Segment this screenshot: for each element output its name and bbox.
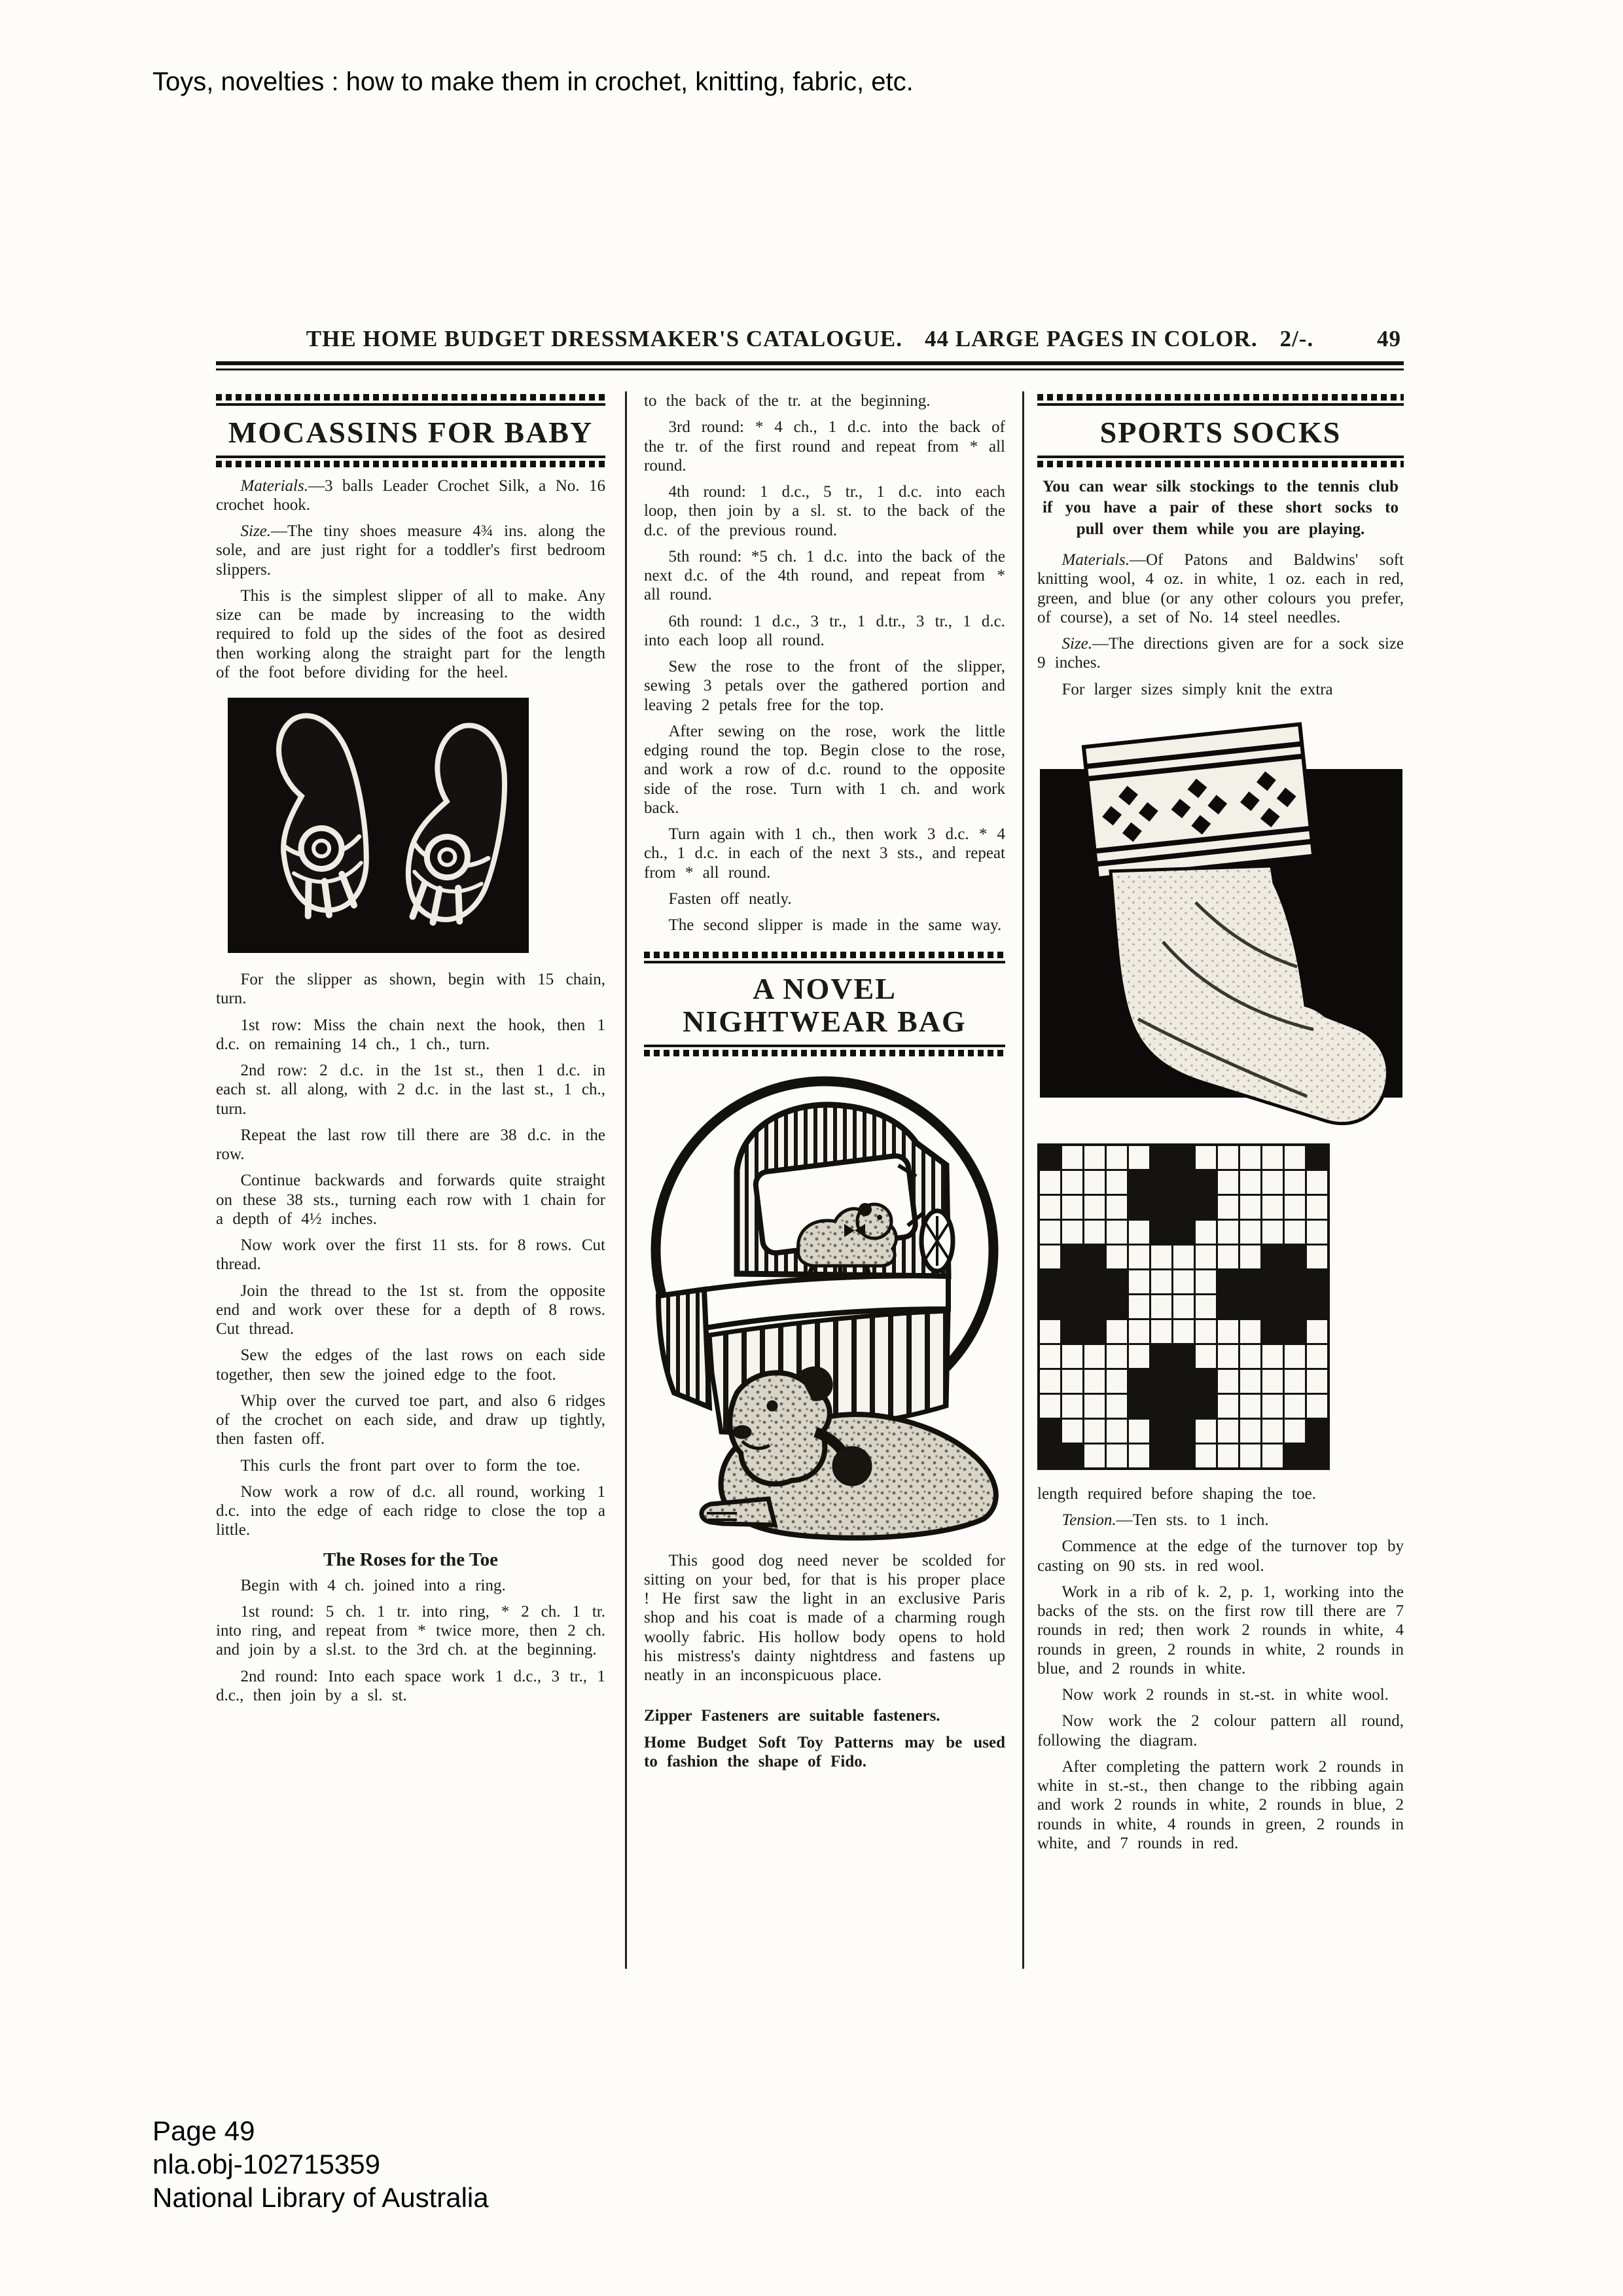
diagram-cell — [1084, 1444, 1105, 1467]
diagram-cell — [1151, 1395, 1171, 1418]
paragraph: Turn again with 1 ch., then work 3 d.c. … — [644, 825, 1005, 882]
diagram-cell — [1307, 1444, 1327, 1467]
diagram-cell — [1196, 1345, 1216, 1368]
diagram-cell — [1129, 1295, 1149, 1318]
diagram-cell — [1285, 1270, 1305, 1293]
paragraph: Commence at the edge of the turnover top… — [1037, 1537, 1404, 1575]
diagram-cell — [1218, 1420, 1238, 1443]
diagram-cell — [1062, 1270, 1082, 1293]
diagram-cell — [1262, 1146, 1283, 1169]
footer-page-number: Page 49 — [152, 2114, 489, 2147]
diagram-cell — [1151, 1370, 1171, 1393]
diagram-cell — [1151, 1444, 1171, 1467]
diagram-cell — [1084, 1221, 1105, 1244]
diagram-cell — [1173, 1395, 1194, 1418]
sports-socks-paragraphs: Materials.—Of Patons and Baldwins' soft … — [1037, 550, 1404, 699]
rule-ornament — [1037, 394, 1404, 406]
paragraph: 2nd row: 2 d.c. in the 1st st., then 1 d… — [216, 1061, 605, 1119]
diagram-cell — [1107, 1420, 1127, 1443]
diagram-cell — [1240, 1395, 1260, 1418]
diagram-cell — [1307, 1345, 1327, 1368]
diagram-cell — [1218, 1320, 1238, 1343]
masthead-rule — [216, 361, 1404, 370]
diagram-cell — [1129, 1171, 1149, 1194]
diagram-cell — [1262, 1246, 1283, 1268]
diagram-cell — [1218, 1395, 1238, 1418]
diagram-cell — [1307, 1370, 1327, 1393]
diagram-cell — [1107, 1320, 1127, 1343]
paragraph: Continue backwards and forwards quite st… — [216, 1171, 605, 1229]
diagram-cell — [1173, 1420, 1194, 1443]
diagram-cell — [1218, 1444, 1238, 1467]
diagram-cell — [1040, 1171, 1060, 1194]
diagram-cell — [1285, 1395, 1305, 1418]
column-right: SPORTS SOCKS You can wear silk stockings… — [1024, 391, 1404, 1969]
diagram-cell — [1240, 1295, 1260, 1318]
diagram-cell — [1151, 1295, 1171, 1318]
mocassins-continued-paragraphs: to the back of the tr. at the beginning.… — [644, 391, 1005, 935]
diagram-cell — [1173, 1221, 1194, 1244]
paragraph: Repeat the last row till there are 38 d.… — [216, 1126, 605, 1164]
diagram-cell — [1084, 1196, 1105, 1219]
diagram-cell — [1285, 1345, 1305, 1368]
diagram-cell — [1062, 1395, 1082, 1418]
diagram-cell — [1307, 1171, 1327, 1194]
diagram-cell — [1218, 1221, 1238, 1244]
paragraph: This good dog need never be scolded for … — [644, 1551, 1005, 1685]
diagram-cell — [1062, 1320, 1082, 1343]
diagram-cell — [1196, 1395, 1216, 1418]
footer-object-id: nla.obj-102715359 — [152, 2147, 489, 2181]
diagram-cell — [1307, 1395, 1327, 1418]
diagram-cell — [1240, 1246, 1260, 1268]
diagram-cell — [1196, 1320, 1216, 1343]
diagram-cell — [1262, 1420, 1283, 1443]
page-number: 49 — [1377, 326, 1401, 352]
masthead-pages-note: 44 LARGE PAGES IN COLOR. — [925, 326, 1258, 351]
column-left: MOCASSINS FOR BABY Materials.—3 balls Le… — [216, 391, 625, 1969]
diagram-cell — [1151, 1246, 1171, 1268]
diagram-cell — [1262, 1345, 1283, 1368]
diagram-cell — [1107, 1370, 1127, 1393]
diagram-cell — [1040, 1320, 1060, 1343]
diagram-cell — [1107, 1171, 1127, 1194]
diagram-cell — [1285, 1246, 1305, 1268]
paragraph: 3rd round: * 4 ch., 1 d.c. into the back… — [644, 418, 1005, 475]
diagram-cell — [1107, 1221, 1127, 1244]
diagram-cell — [1084, 1171, 1105, 1194]
diagram-cell — [1196, 1146, 1216, 1169]
diagram-cell — [1196, 1370, 1216, 1393]
rule-ornament — [216, 394, 605, 406]
diagram-cell — [1285, 1171, 1305, 1194]
diagram-cell — [1062, 1444, 1082, 1467]
diagram-cell — [1062, 1196, 1082, 1219]
diagram-cell — [1129, 1196, 1149, 1219]
diagram-cell — [1218, 1146, 1238, 1169]
paragraph: to the back of the tr. at the beginning. — [644, 391, 1005, 410]
diagram-cell — [1262, 1171, 1283, 1194]
diagram-cell — [1262, 1295, 1283, 1318]
paragraph: Now work 2 rounds in st.-st. in white wo… — [1037, 1685, 1404, 1704]
rule-ornament — [1037, 456, 1404, 467]
diagram-cell — [1129, 1395, 1149, 1418]
diagram-cell — [1062, 1171, 1082, 1194]
paragraph: Join the thread to the 1st st. from the … — [216, 1282, 605, 1339]
paragraph: Tension.—Ten sts. to 1 inch. — [1037, 1511, 1404, 1530]
diagram-cell — [1307, 1270, 1327, 1293]
diagram-cell — [1107, 1196, 1127, 1219]
diagram-cell — [1107, 1295, 1127, 1318]
diagram-cell — [1307, 1420, 1327, 1443]
mocassins-paragraphs: Begin with 4 ch. joined into a ring.1st … — [216, 1576, 605, 1706]
diagram-cell — [1084, 1246, 1105, 1268]
diagram-cell — [1285, 1320, 1305, 1343]
diagram-cell — [1151, 1146, 1171, 1169]
diagram-cell — [1151, 1320, 1171, 1343]
diagram-cell — [1062, 1345, 1082, 1368]
diagram-cell — [1307, 1221, 1327, 1244]
subhead-roses-for-the-toe: The Roses for the Toe — [216, 1549, 605, 1571]
diagram-cell — [1196, 1171, 1216, 1194]
paragraph: Size.—The directions given are for a soc… — [1037, 634, 1404, 673]
diagram-cell — [1218, 1345, 1238, 1368]
diagram-cell — [1040, 1246, 1060, 1268]
diagram-cell — [1240, 1345, 1260, 1368]
diagram-cell — [1040, 1270, 1060, 1293]
diagram-cell — [1040, 1370, 1060, 1393]
diagram-cell — [1218, 1196, 1238, 1219]
paragraph: 6th round: 1 d.c., 3 tr., 1 d.tr., 3 tr.… — [644, 612, 1005, 651]
diagram-cell — [1218, 1370, 1238, 1393]
diagram-cell — [1062, 1295, 1082, 1318]
diagram-cell — [1285, 1196, 1305, 1219]
article-mocassins-title: MOCASSINS FOR BABY — [216, 416, 605, 449]
diagram-cell — [1129, 1345, 1149, 1368]
diagram-cell — [1262, 1270, 1283, 1293]
knitting-pattern-diagram — [1037, 1143, 1330, 1470]
diagram-cell — [1040, 1146, 1060, 1169]
sports-socks-intro: You can wear silk stockings to the tenni… — [1043, 476, 1399, 541]
diagram-cell — [1084, 1146, 1105, 1169]
dog-illustration-image — [644, 1066, 1024, 1550]
diagram-cell — [1196, 1420, 1216, 1443]
nightwear-bag-dog-illustration — [644, 1066, 1024, 1550]
diagram-cell — [1151, 1171, 1171, 1194]
diagram-cell — [1151, 1345, 1171, 1368]
article-nightwear-bag-title: A NOVEL NIGHTWEAR BAG — [654, 973, 995, 1037]
rule-ornament — [644, 1045, 1005, 1056]
diagram-cell — [1107, 1246, 1127, 1268]
diagram-cell — [1262, 1221, 1283, 1244]
paragraph: This is the simplest slipper of all to m… — [216, 586, 605, 682]
diagram-cell — [1218, 1295, 1238, 1318]
diagram-cell — [1307, 1295, 1327, 1318]
paragraph: 2nd round: Into each space work 1 d.c., … — [216, 1667, 605, 1706]
diagram-cell — [1218, 1171, 1238, 1194]
diagram-cell — [1173, 1444, 1194, 1467]
diagram-cell — [1151, 1270, 1171, 1293]
diagram-cell — [1240, 1444, 1260, 1467]
mocassins-paragraphs: For the slipper as shown, begin with 15 … — [216, 970, 605, 1540]
paragraph: Home Budget Soft Toy Patterns may be use… — [644, 1733, 1005, 1772]
diagram-cell — [1129, 1444, 1149, 1467]
diagram-cell — [1240, 1196, 1260, 1219]
diagram-cell — [1107, 1146, 1127, 1169]
diagram-cell — [1129, 1320, 1149, 1343]
paragraph: For larger sizes simply knit the extra — [1037, 680, 1404, 699]
nightwear-bag-paragraphs: This good dog need never be scolded for … — [644, 1551, 1005, 1685]
diagram-cell — [1262, 1370, 1283, 1393]
diagram-cell — [1307, 1196, 1327, 1219]
rule-ornament — [644, 952, 1005, 963]
diagram-cell — [1262, 1320, 1283, 1343]
diagram-cell — [1084, 1395, 1105, 1418]
paragraph: The second slipper is made in the same w… — [644, 916, 1005, 935]
paragraph: Whip over the curved toe part, and also … — [216, 1391, 605, 1449]
diagram-cell — [1107, 1444, 1127, 1467]
diagram-cell — [1285, 1444, 1305, 1467]
diagram-cell — [1173, 1295, 1194, 1318]
diagram-cell — [1218, 1270, 1238, 1293]
diagram-cell — [1129, 1246, 1149, 1268]
diagram-cell — [1285, 1146, 1305, 1169]
paragraph: Begin with 4 ch. joined into a ring. — [216, 1576, 605, 1595]
paragraph: Size.—The tiny shoes measure 4¾ ins. alo… — [216, 522, 605, 579]
diagram-cell — [1307, 1146, 1327, 1169]
diagram-cell — [1062, 1370, 1082, 1393]
sports-socks-paragraphs: length required before shaping the toe.T… — [1037, 1484, 1404, 1853]
diagram-cell — [1040, 1420, 1060, 1443]
diagram-cell — [1040, 1345, 1060, 1368]
diagram-cell — [1307, 1320, 1327, 1343]
diagram-cell — [1196, 1270, 1216, 1293]
diagram-cell — [1040, 1395, 1060, 1418]
diagram-cell — [1151, 1420, 1171, 1443]
diagram-cell — [1240, 1320, 1260, 1343]
sock-photo-image — [1032, 706, 1410, 1130]
masthead: THE HOME BUDGET DRESSMAKER'S CATALOGUE.4… — [216, 326, 1404, 370]
diagram-cell — [1151, 1196, 1171, 1219]
diagram-cell — [1084, 1320, 1105, 1343]
mocassins-paragraphs: Materials.—3 balls Leader Crochet Silk, … — [216, 476, 605, 683]
diagram-cell — [1285, 1370, 1305, 1393]
diagram-cell — [1240, 1171, 1260, 1194]
diagram-cell — [1040, 1196, 1060, 1219]
diagram-cell — [1173, 1171, 1194, 1194]
diagram-cell — [1196, 1295, 1216, 1318]
diagram-cell — [1196, 1221, 1216, 1244]
paragraph: For the slipper as shown, begin with 15 … — [216, 970, 605, 1009]
diagram-cell — [1129, 1270, 1149, 1293]
sock-photo — [1032, 706, 1410, 1130]
masthead-title: THE HOME BUDGET DRESSMAKER'S CATALOGUE. — [306, 326, 902, 351]
diagram-cell — [1285, 1295, 1305, 1318]
diagram-cell — [1084, 1345, 1105, 1368]
diagram-cell — [1173, 1345, 1194, 1368]
diagram-cell — [1173, 1246, 1194, 1268]
diagram-cell — [1040, 1295, 1060, 1318]
paragraph: Fasten off neatly. — [644, 889, 1005, 908]
rule-ornament — [216, 456, 605, 467]
paragraph: 4th round: 1 d.c., 5 tr., 1 d.c. into ea… — [644, 482, 1005, 540]
diagram-cell — [1173, 1146, 1194, 1169]
footer-library-name: National Library of Australia — [152, 2181, 489, 2214]
paragraph: length required before shaping the toe. — [1037, 1484, 1404, 1503]
nightwear-bag-notes: Zipper Fasteners are suitable fasteners.… — [644, 1706, 1005, 1771]
paragraph: Materials.—Of Patons and Baldwins' soft … — [1037, 550, 1404, 627]
paragraph: After sewing on the rose, work the littl… — [644, 722, 1005, 817]
diagram-cell — [1107, 1345, 1127, 1368]
nla-footer: Page 49 nla.obj-102715359 National Libra… — [152, 2114, 489, 2215]
diagram-cell — [1196, 1444, 1216, 1467]
paragraph: 5th round: *5 ch. 1 d.c. into the back o… — [644, 547, 1005, 605]
diagram-cell — [1084, 1295, 1105, 1318]
diagram-cell — [1129, 1146, 1149, 1169]
diagram-cell — [1240, 1270, 1260, 1293]
diagram-cell — [1062, 1420, 1082, 1443]
paragraph: After completing the pattern work 2 roun… — [1037, 1757, 1404, 1853]
document-title: Toys, novelties : how to make them in cr… — [152, 67, 914, 97]
diagram-cell — [1151, 1221, 1171, 1244]
diagram-cell — [1062, 1221, 1082, 1244]
diagram-cell — [1262, 1444, 1283, 1467]
diagram-cell — [1307, 1246, 1327, 1268]
paragraph: 1st row: Miss the chain next the hook, t… — [216, 1016, 605, 1054]
diagram-cell — [1173, 1270, 1194, 1293]
diagram-cell — [1107, 1395, 1127, 1418]
masthead-price: 2/-. — [1280, 326, 1314, 351]
moccasins-photo-image — [228, 698, 529, 953]
paragraph: Zipper Fasteners are suitable fasteners. — [644, 1706, 1005, 1725]
diagram-cell — [1084, 1270, 1105, 1293]
diagram-cell — [1129, 1420, 1149, 1443]
paragraph: Materials.—3 balls Leader Crochet Silk, … — [216, 476, 605, 515]
diagram-cell — [1084, 1420, 1105, 1443]
moccasins-photo — [228, 698, 529, 953]
paragraph: Now work a row of d.c. all round, workin… — [216, 1482, 605, 1540]
diagram-cell — [1084, 1370, 1105, 1393]
paragraph: Now work the 2 colour pattern all round,… — [1037, 1712, 1404, 1750]
diagram-cell — [1285, 1420, 1305, 1443]
diagram-cell — [1173, 1196, 1194, 1219]
diagram-cell — [1040, 1221, 1060, 1244]
diagram-cell — [1285, 1221, 1305, 1244]
diagram-cell — [1218, 1246, 1238, 1268]
diagram-cell — [1129, 1370, 1149, 1393]
diagram-cell — [1240, 1221, 1260, 1244]
diagram-cell — [1129, 1221, 1149, 1244]
paragraph: This curls the front part over to form t… — [216, 1456, 605, 1475]
paragraph: Sew the edges of the last rows on each s… — [216, 1346, 605, 1384]
masthead-line: THE HOME BUDGET DRESSMAKER'S CATALOGUE.4… — [216, 326, 1404, 352]
diagram-cell — [1196, 1246, 1216, 1268]
diagram-cell — [1107, 1270, 1127, 1293]
diagram-cell — [1062, 1146, 1082, 1169]
column-center: to the back of the tr. at the beginning.… — [625, 391, 1024, 1969]
diagram-cell — [1240, 1370, 1260, 1393]
content-columns: MOCASSINS FOR BABY Materials.—3 balls Le… — [216, 391, 1404, 1969]
article-sports-socks-title: SPORTS SOCKS — [1037, 416, 1404, 449]
diagram-cell — [1262, 1196, 1283, 1219]
scanned-page: Toys, novelties : how to make them in cr… — [0, 0, 1623, 2296]
diagram-cell — [1062, 1246, 1082, 1268]
diagram-cell — [1173, 1320, 1194, 1343]
paragraph: Work in a rib of k. 2, p. 1, working int… — [1037, 1583, 1404, 1678]
diagram-cell — [1240, 1146, 1260, 1169]
diagram-cell — [1262, 1395, 1283, 1418]
diagram-cell — [1173, 1370, 1194, 1393]
diagram-cell — [1040, 1444, 1060, 1467]
diagram-cell — [1240, 1420, 1260, 1443]
paragraph: 1st round: 5 ch. 1 tr. into ring, * 2 ch… — [216, 1602, 605, 1660]
paragraph: Sew the rose to the front of the slipper… — [644, 657, 1005, 715]
diagram-cell — [1196, 1196, 1216, 1219]
paragraph: Now work over the first 11 sts. for 8 ro… — [216, 1236, 605, 1274]
